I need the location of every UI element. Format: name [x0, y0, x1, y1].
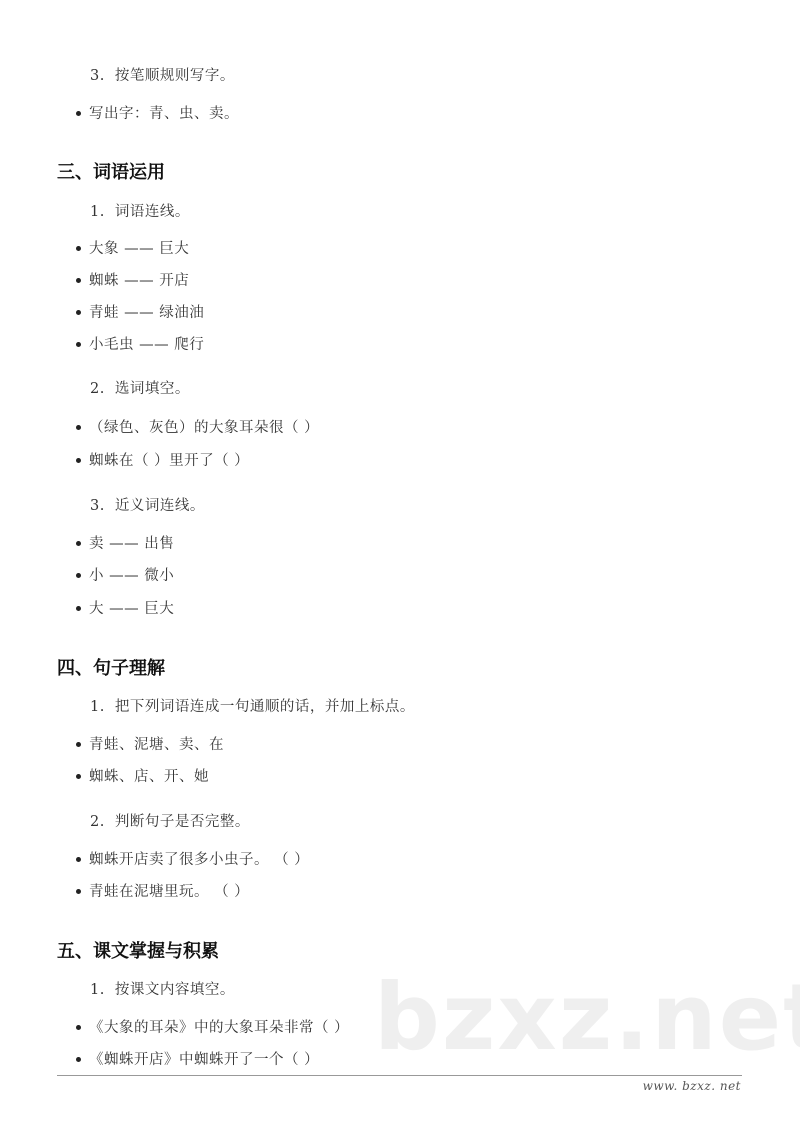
question-text: 判断句子是否完整。: [115, 814, 250, 830]
section-heading-5: 五、课文掌握与积累: [57, 937, 219, 963]
question-number: 3.: [90, 498, 105, 514]
list-item-text: 《蜘蛛开店》中蜘蛛开了一个（ ）: [89, 1052, 319, 1068]
question-1-word-matching: 1.词语连线。: [90, 200, 190, 221]
bullet-icon: [76, 425, 81, 430]
list-item: 大 —— 巨大: [76, 597, 174, 618]
bullet-icon: [76, 342, 81, 347]
list-item-text: 蜘蛛开店卖了很多小虫子。 （ ）: [89, 852, 309, 868]
list-item-text: 青蛙在泥塘里玩。 （ ）: [89, 884, 249, 900]
list-item-text: 蜘蛛在（ ）里开了（ ）: [89, 453, 249, 469]
question-2-fill-blank: 2.选词填空。: [90, 377, 190, 398]
question-text: 词语连线。: [115, 204, 190, 220]
list-item: 蜘蛛在（ ）里开了（ ）: [76, 449, 249, 470]
question-text: 把下列词语连成一句通顺的话，并加上标点。: [115, 699, 415, 715]
list-item-text: 写出字：青、虫、卖。: [89, 106, 239, 122]
list-item: 青蛙、泥塘、卖、在: [76, 733, 224, 754]
question-1-text-recall: 1.按课文内容填空。: [90, 978, 235, 999]
list-item: 蜘蛛 —— 开店: [76, 269, 189, 290]
list-item: （绿色、灰色）的大象耳朵很（ ）: [76, 416, 319, 437]
question-number: 2.: [90, 381, 105, 397]
list-item: 卖 —— 出售: [76, 532, 174, 553]
watermark: bzxz.net: [374, 972, 800, 1064]
list-item: 《蜘蛛开店》中蜘蛛开了一个（ ）: [76, 1048, 319, 1069]
list-item-text: 《大象的耳朵》中的大象耳朵非常（ ）: [89, 1020, 349, 1036]
bullet-icon: [76, 541, 81, 546]
bullet-icon: [76, 742, 81, 747]
question-3-synonyms: 3.近义词连线。: [90, 494, 205, 515]
list-item-text: 大 —— 巨大: [89, 601, 174, 617]
footer-divider: [57, 1075, 742, 1076]
question-3-stroke-order: 3.按笔顺规则写字。: [90, 64, 235, 85]
list-item-text: 青蛙、泥塘、卖、在: [89, 737, 224, 753]
question-number: 3.: [90, 68, 105, 84]
footer-url: www. bzxz. net: [643, 1079, 741, 1093]
bullet-icon: [76, 1057, 81, 1062]
list-item-text: 蜘蛛、店、开、她: [89, 769, 209, 785]
bullet-icon: [76, 310, 81, 315]
document-page: bzxz.net 3.按笔顺规则写字。 写出字：青、虫、卖。 三、词语运用 1.…: [0, 0, 800, 1130]
list-item: 蜘蛛、店、开、她: [76, 765, 209, 786]
bullet-icon: [76, 458, 81, 463]
list-item-text: 小 —— 微小: [89, 568, 174, 584]
list-item-text: 蜘蛛 —— 开店: [89, 273, 189, 289]
question-text: 选词填空。: [115, 381, 190, 397]
list-item: 《大象的耳朵》中的大象耳朵非常（ ）: [76, 1016, 349, 1037]
list-item-text: 卖 —— 出售: [89, 536, 174, 552]
bullet-icon: [76, 774, 81, 779]
bullet-icon: [76, 573, 81, 578]
list-item-text: 小毛虫 —— 爬行: [89, 337, 204, 353]
list-item: 小毛虫 —— 爬行: [76, 333, 204, 354]
bullet-icon: [76, 857, 81, 862]
list-item-text: （绿色、灰色）的大象耳朵很（ ）: [89, 420, 319, 436]
list-item: 青蛙在泥塘里玩。 （ ）: [76, 880, 249, 901]
list-item-text: 青蛙 —— 绿油油: [89, 305, 204, 321]
list-item: 写出字：青、虫、卖。: [76, 102, 239, 123]
section-heading-4: 四、句子理解: [57, 654, 165, 680]
list-item: 青蛙 —— 绿油油: [76, 301, 204, 322]
question-1-make-sentence: 1.把下列词语连成一句通顺的话，并加上标点。: [90, 695, 415, 716]
bullet-icon: [76, 246, 81, 251]
bullet-icon: [76, 1025, 81, 1030]
question-number: 1.: [90, 982, 105, 998]
list-item: 大象 —— 巨大: [76, 237, 189, 258]
list-item: 小 —— 微小: [76, 564, 174, 585]
bullet-icon: [76, 278, 81, 283]
question-2-sentence-complete: 2.判断句子是否完整。: [90, 810, 250, 831]
bullet-icon: [76, 111, 81, 116]
question-number: 1.: [90, 699, 105, 715]
question-number: 1.: [90, 204, 105, 220]
question-number: 2.: [90, 814, 105, 830]
bullet-icon: [76, 606, 81, 611]
question-text: 按笔顺规则写字。: [115, 68, 235, 84]
section-heading-3: 三、词语运用: [57, 158, 165, 184]
question-text: 近义词连线。: [115, 498, 205, 514]
question-text: 按课文内容填空。: [115, 982, 235, 998]
list-item-text: 大象 —— 巨大: [89, 241, 189, 257]
bullet-icon: [76, 889, 81, 894]
list-item: 蜘蛛开店卖了很多小虫子。 （ ）: [76, 848, 309, 869]
